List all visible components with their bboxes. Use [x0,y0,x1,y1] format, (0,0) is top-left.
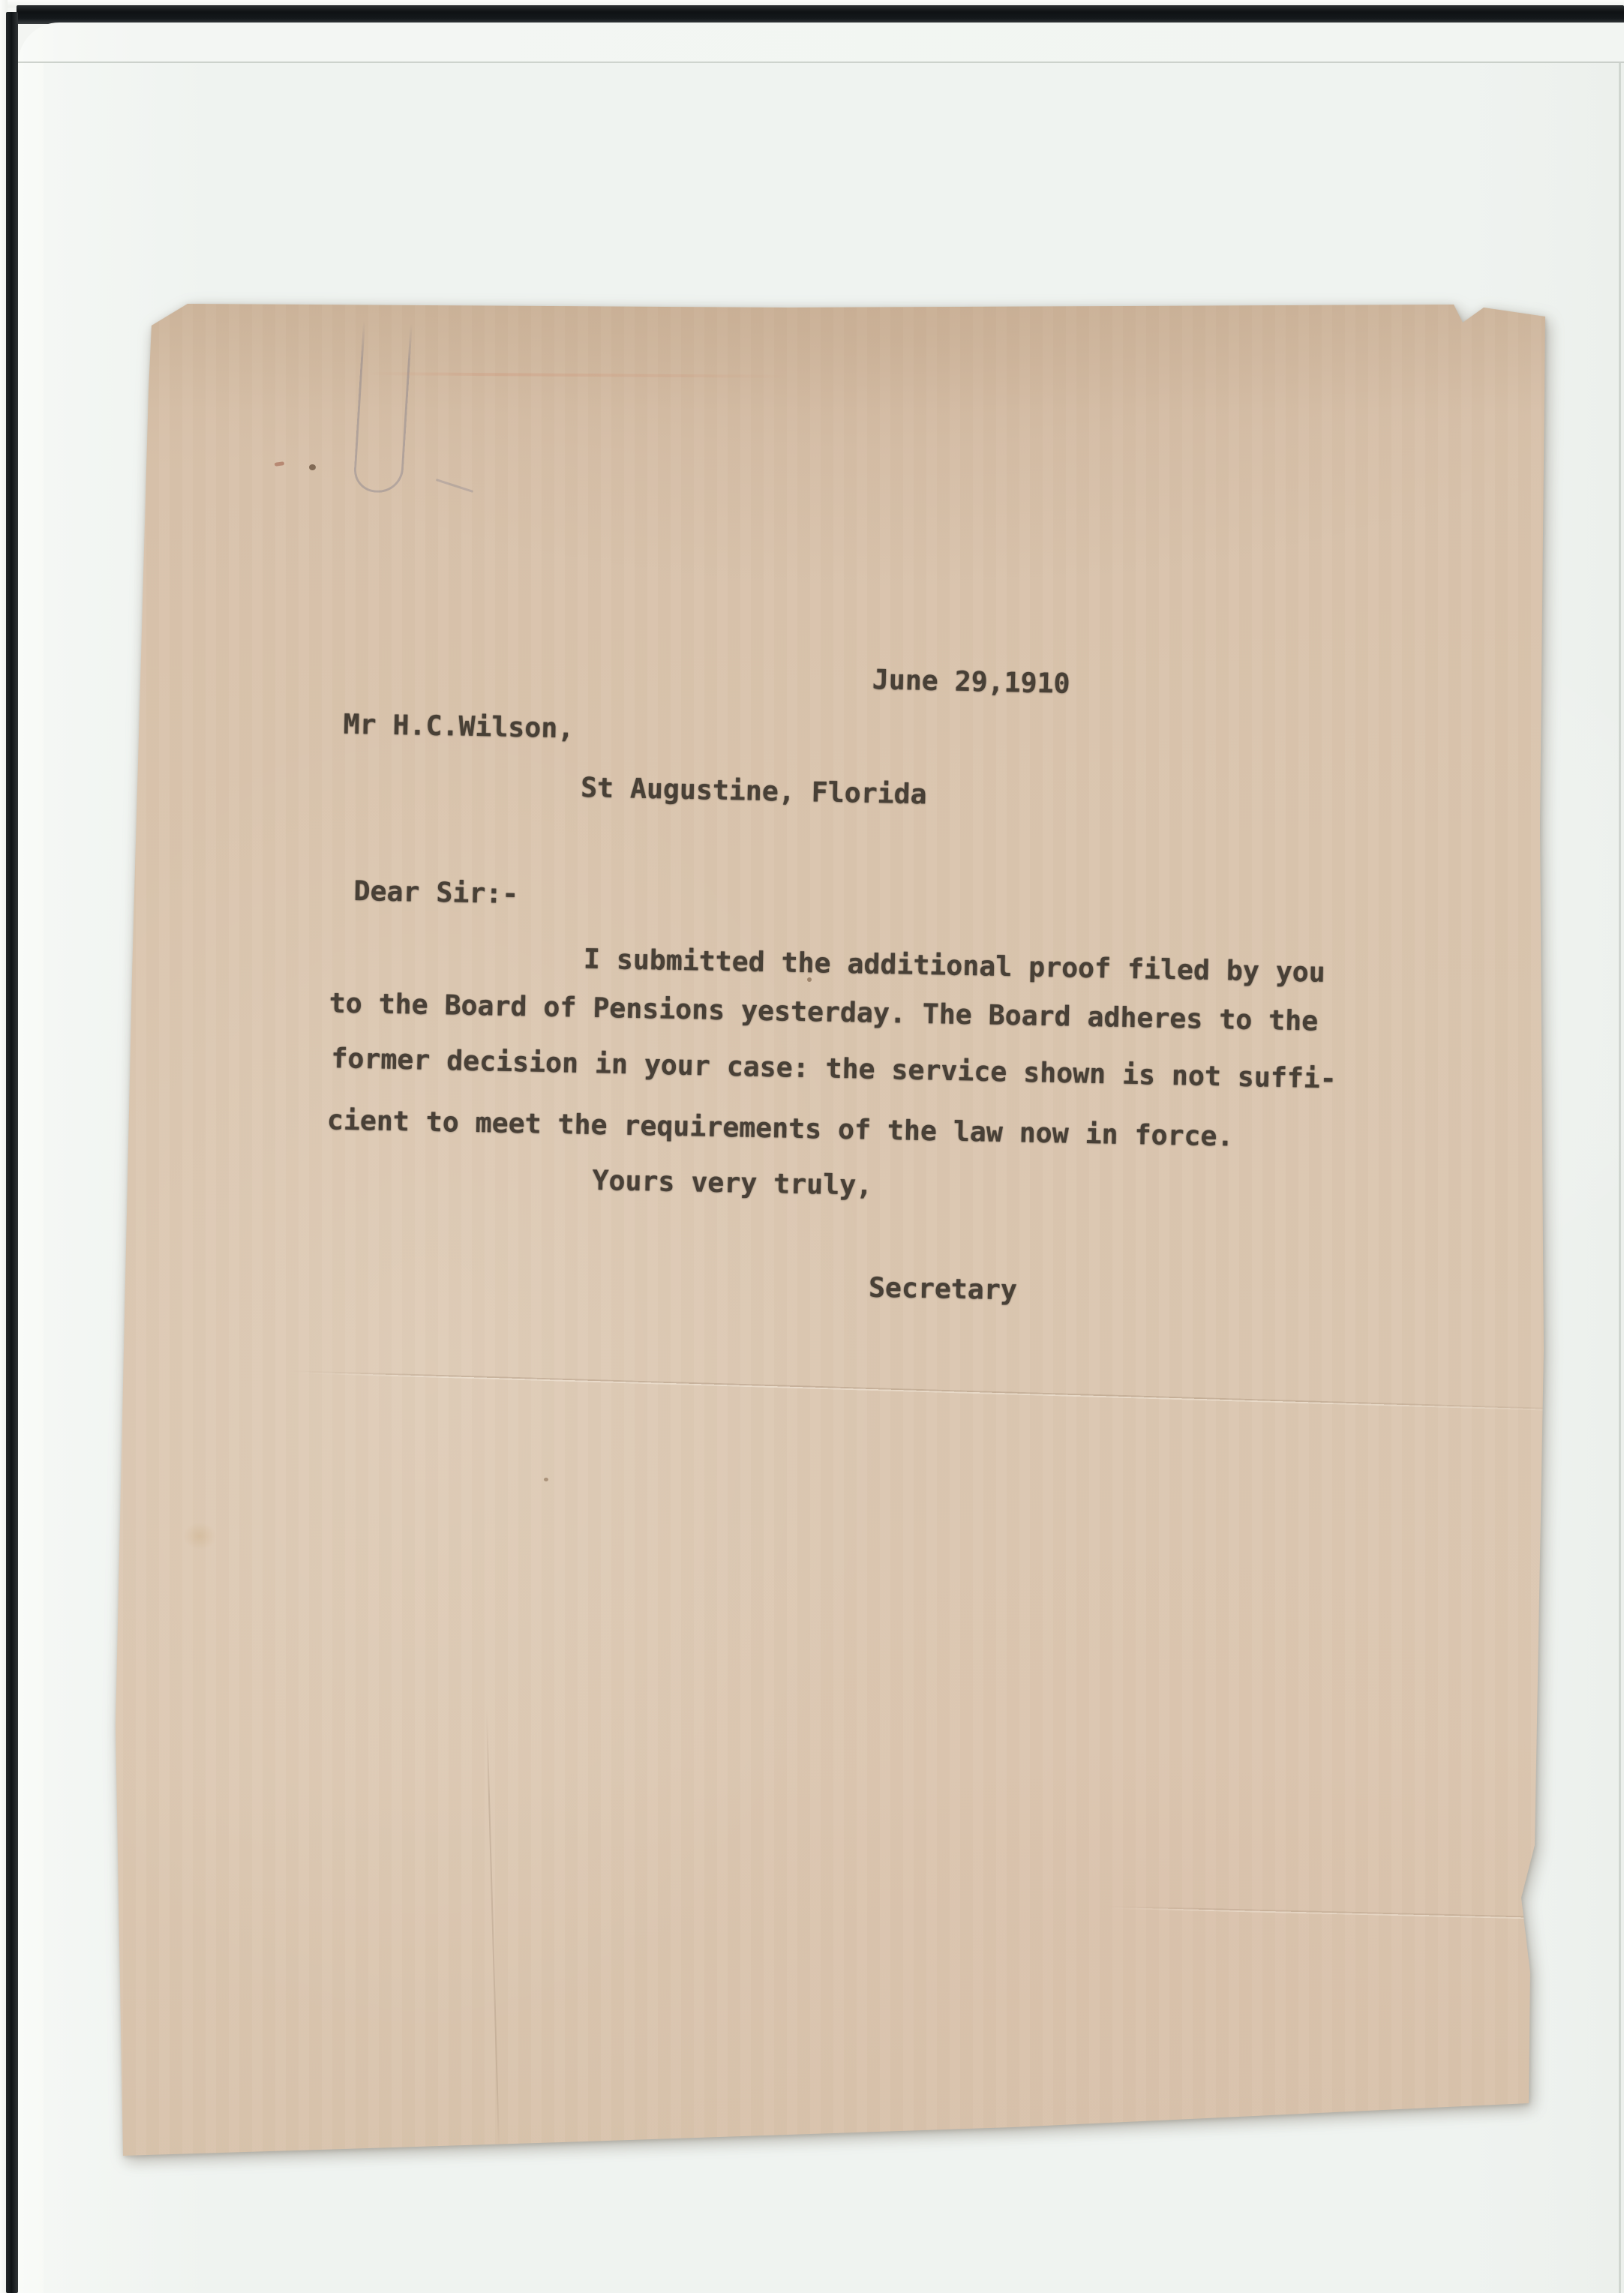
signature-title-line: Secretary [869,1274,1017,1304]
backing-right-edge-line [1619,63,1621,2293]
scanner-frame-top-edge [17,5,1624,24]
body-line-4: cient to meet the requirements of the la… [327,1106,1234,1151]
letter-paper: June 29,1910 Mr H.C.Wilson, St Augustine… [113,300,1549,2156]
salutation-line: Dear Sir:- [353,878,518,908]
recipient-place-line: St Augustine, Florida [581,774,927,809]
typewritten-text-block: June 29,1910 Mr H.C.Wilson, St Augustine… [79,300,1549,2183]
letter-paper-shadow-wrap: June 29,1910 Mr H.C.Wilson, St Augustine… [113,300,1549,2156]
body-line-1: I submitted the additional proof filed b… [584,946,1325,987]
scanned-letter-document: June 29,1910 Mr H.C.Wilson, St Augustine… [0,0,1624,2293]
date-line: June 29,1910 [872,666,1070,698]
scanner-frame-left-edge [6,12,18,2293]
closing-line: Yours very truly, [592,1167,872,1199]
body-line-3: former decision in your case: the servic… [331,1045,1337,1093]
body-line-2: to the Board of Pensions yesterday. The … [329,989,1319,1035]
recipient-name-line: Mr H.C.Wilson, [343,711,574,743]
